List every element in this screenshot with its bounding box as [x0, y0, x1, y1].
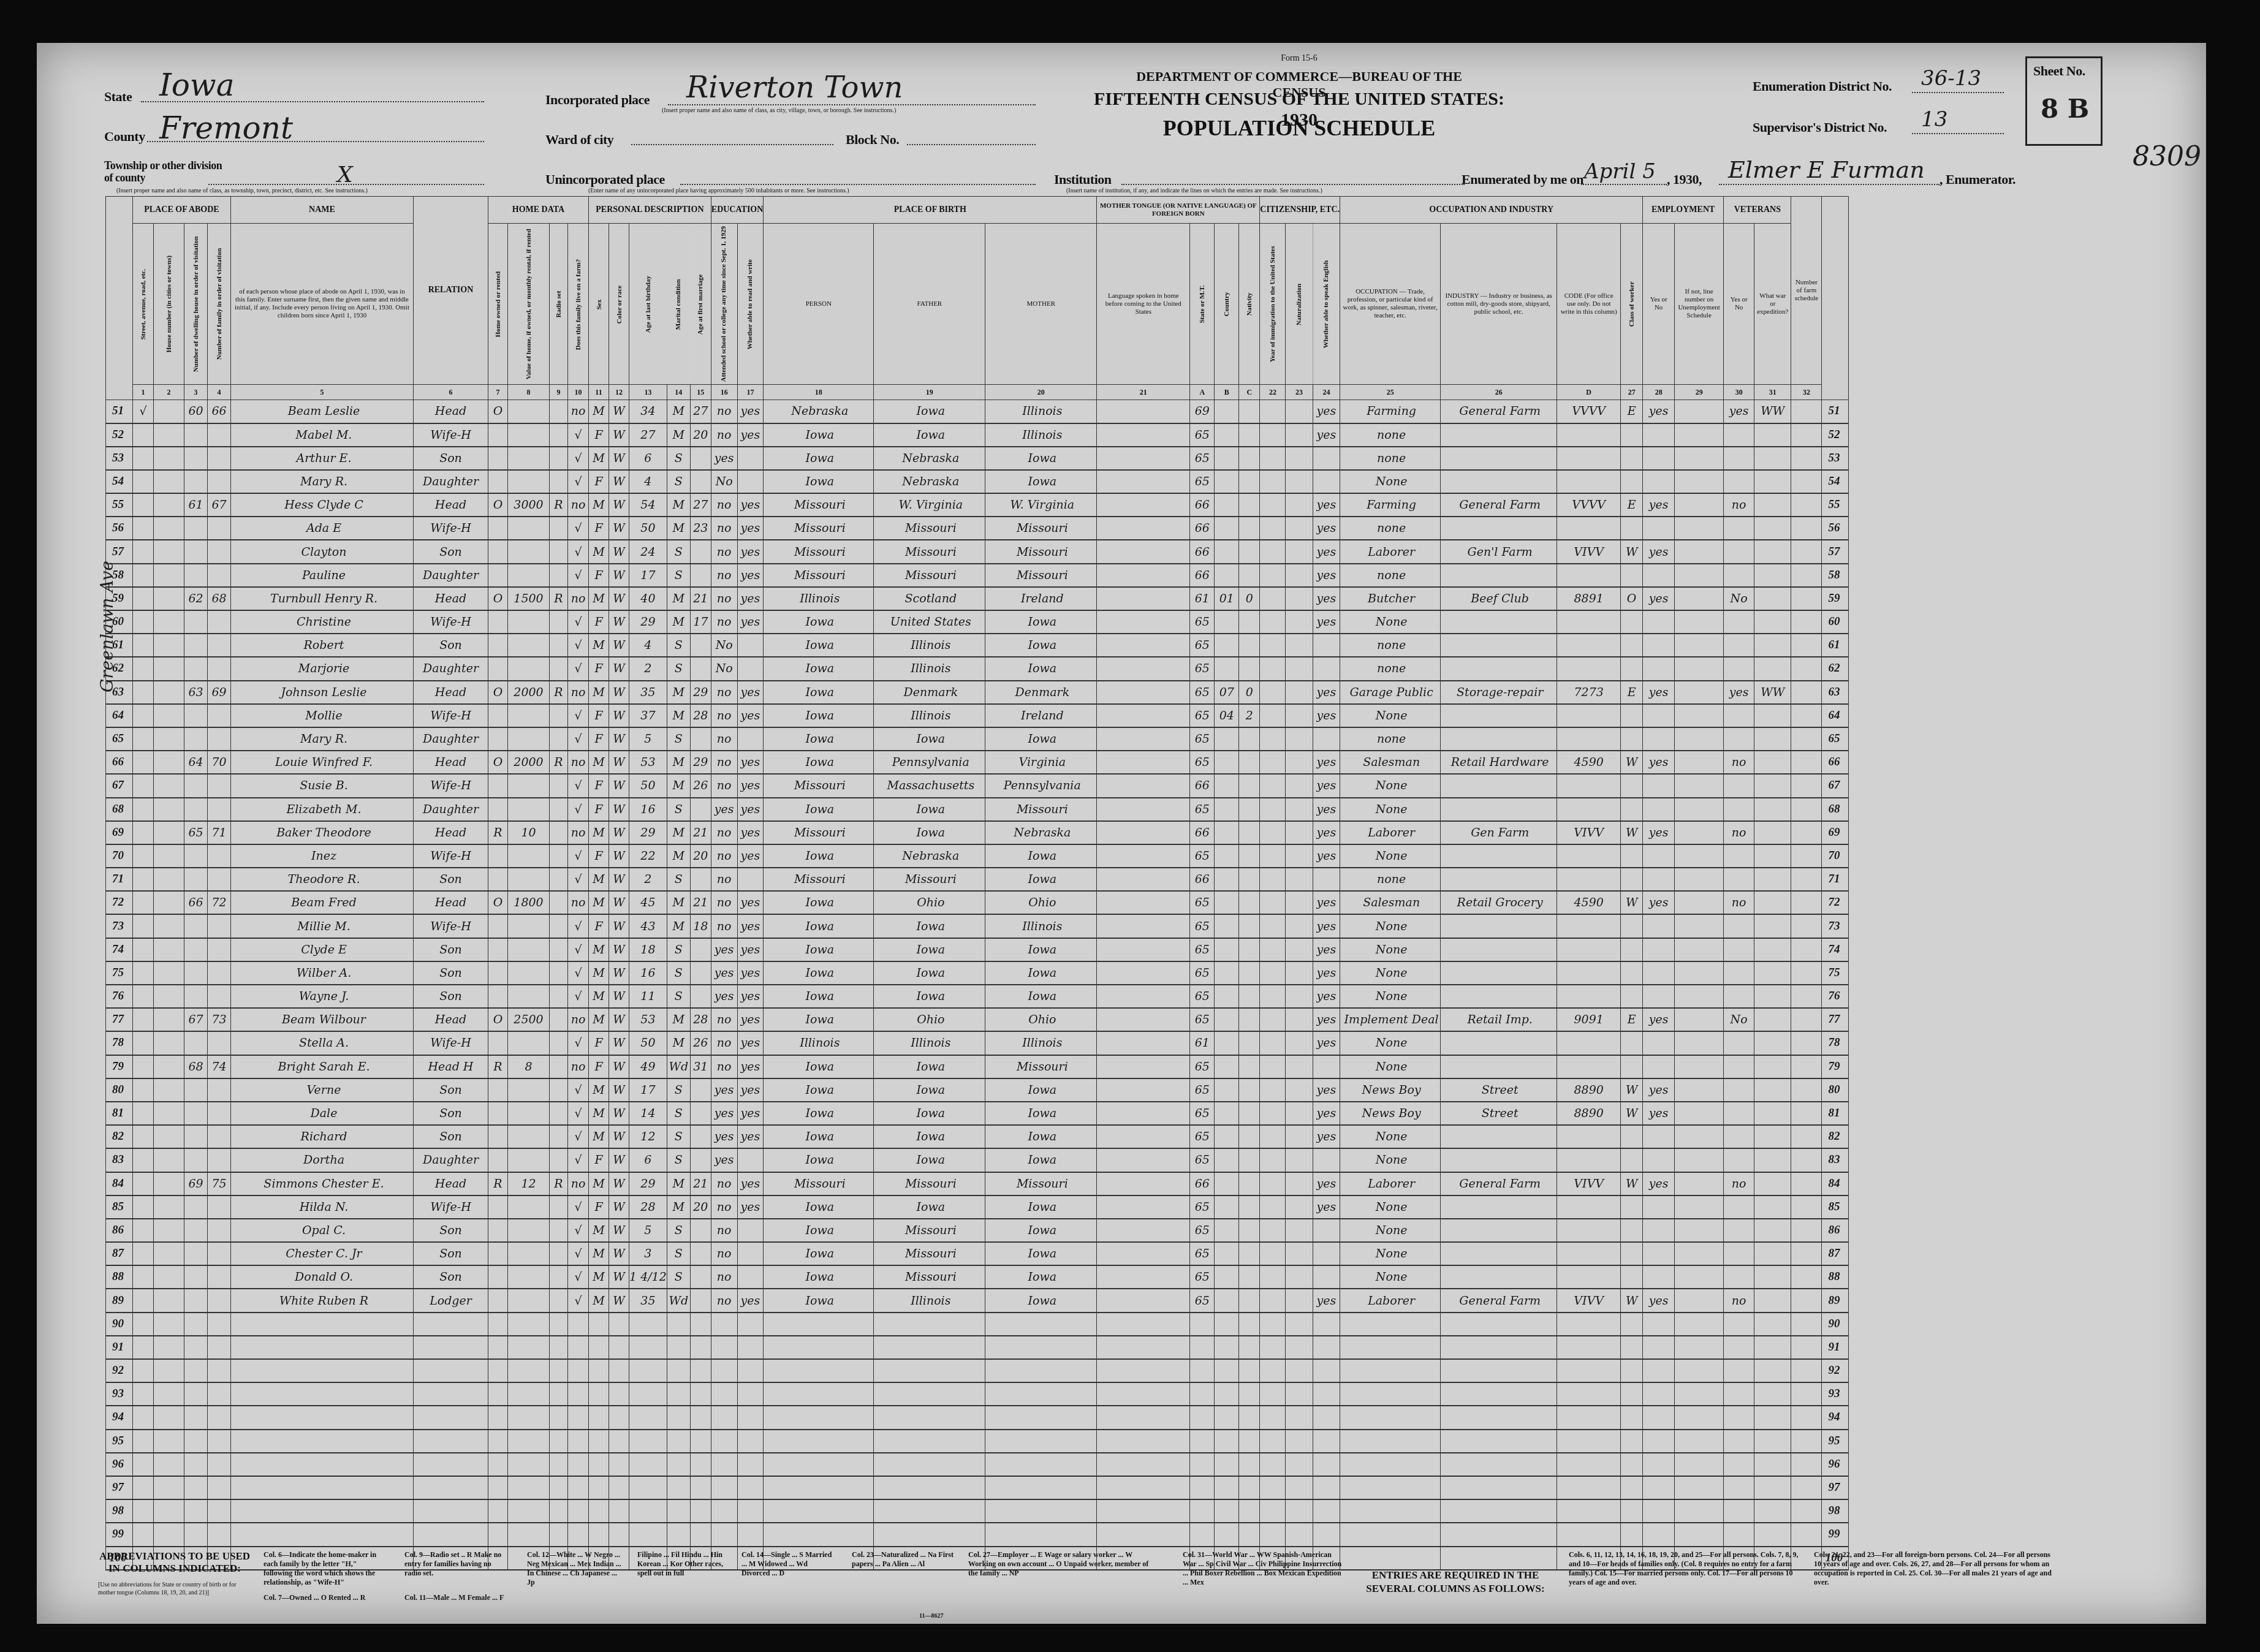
cell-codeC	[1239, 423, 1260, 447]
cell-lang	[1097, 423, 1190, 447]
cell-age-marr: 21	[690, 1172, 711, 1195]
cell-school: yes	[711, 961, 737, 985]
cell-vet	[1724, 540, 1754, 563]
cell-dwelling	[184, 470, 208, 493]
cell-house	[154, 1265, 184, 1289]
cell-relation: Head H	[414, 1055, 488, 1078]
cell-house	[154, 1195, 184, 1219]
cell-vet	[1724, 704, 1754, 727]
cell-read: yes	[737, 914, 764, 938]
cell-age: 43	[629, 914, 667, 938]
cell-relation: Son	[414, 634, 488, 657]
cell-sex: M	[589, 868, 609, 891]
cell-family	[208, 1430, 231, 1453]
colnum: D	[1557, 385, 1621, 400]
cell-street	[133, 821, 154, 844]
cell-vet	[1724, 844, 1754, 868]
cell-father: Ohio	[874, 1008, 985, 1031]
cell-relation: Head	[414, 751, 488, 774]
cell-work	[1643, 423, 1675, 447]
cell-owned	[488, 1148, 508, 1172]
cell-lang	[1097, 774, 1190, 797]
cell-natur	[1286, 1359, 1313, 1382]
cell-natur	[1286, 1102, 1313, 1125]
cell-age	[629, 1382, 667, 1406]
cell-name: Beam Leslie	[231, 400, 414, 423]
cell-street	[133, 540, 154, 563]
group-home: HOME DATA	[488, 197, 589, 224]
cell-dwelling: 68	[184, 1055, 208, 1078]
cell-farmsch	[1791, 1382, 1822, 1406]
cell-farmsch	[1791, 1499, 1822, 1523]
line-number: 98	[106, 1499, 133, 1523]
cell-codeA: 65	[1190, 1265, 1215, 1289]
cell-school: no	[711, 400, 737, 423]
table-row: 796874Bright Sarah E.Head HR8noFW49Wd31n…	[106, 1055, 1849, 1078]
line-number-right: 55	[1822, 493, 1849, 517]
relation-title: RELATION	[414, 286, 488, 295]
cell-farmsch	[1791, 400, 1822, 423]
cell-house	[154, 540, 184, 563]
cell-age: 14	[629, 1102, 667, 1125]
cell-read	[737, 1219, 764, 1242]
cell-school: no	[711, 493, 737, 517]
cell-radio	[550, 610, 568, 634]
line-number: 65	[106, 727, 133, 751]
enum-district-label: Enumeration District No.	[1753, 78, 1892, 94]
table-row: 65Mary R.Daughter√FW5SnoIowaIowaIowa65no…	[106, 727, 1849, 751]
cell-name	[231, 1313, 414, 1336]
cell-marital: M	[667, 587, 690, 610]
cell-immig	[1260, 1195, 1286, 1219]
cell-value	[508, 470, 550, 493]
cell-street	[133, 1406, 154, 1429]
col20-header: MOTHER	[985, 224, 1097, 385]
cell-codeC	[1239, 1102, 1260, 1125]
cell-mother: Iowa	[985, 938, 1097, 961]
cell-owned	[488, 1078, 508, 1102]
cell-codeD	[1557, 610, 1621, 634]
cell-value	[508, 774, 550, 797]
cell-natur	[1286, 1125, 1313, 1148]
cell-codeC	[1239, 1078, 1260, 1102]
cell-unemp	[1675, 1476, 1724, 1499]
cell-english: yes	[1313, 1289, 1340, 1312]
cell-sex: M	[589, 1265, 609, 1289]
cell-lang	[1097, 961, 1190, 985]
cell-farm: no	[568, 1055, 589, 1078]
cell-street	[133, 587, 154, 610]
cell-unemp	[1675, 1289, 1724, 1312]
cell-vet	[1724, 564, 1754, 587]
cell-industry	[1441, 1148, 1557, 1172]
colnum: 21	[1097, 385, 1190, 400]
cell-value	[508, 1242, 550, 1265]
cell-occupation: None	[1340, 1195, 1441, 1219]
cell-codeB	[1215, 1453, 1239, 1476]
cell-english	[1313, 1219, 1340, 1242]
cell-sex	[589, 1336, 609, 1359]
cell-house	[154, 564, 184, 587]
cell-codeC	[1239, 1265, 1260, 1289]
cell-war	[1754, 1476, 1791, 1499]
cell-farm: √	[568, 1102, 589, 1125]
cell-english: yes	[1313, 1102, 1340, 1125]
cell-codeB	[1215, 727, 1239, 751]
cell-marital	[667, 1336, 690, 1359]
cell-english	[1313, 727, 1340, 751]
cell-age-marr	[690, 564, 711, 587]
cell-codeD	[1557, 704, 1621, 727]
cell-father: Nebraska	[874, 470, 985, 493]
cell-owned	[488, 1359, 508, 1382]
table-row: 62MarjorieDaughter√FW2SNoIowaIllinoisIow…	[106, 657, 1849, 680]
cell-sex: M	[589, 681, 609, 704]
cell-codeC	[1239, 961, 1260, 985]
cell-class: W	[1621, 751, 1643, 774]
line-number: 83	[106, 1148, 133, 1172]
cell-immig	[1260, 493, 1286, 517]
cell-relation	[414, 1499, 488, 1523]
cell-industry	[1441, 657, 1557, 680]
cell-english: yes	[1313, 400, 1340, 423]
cell-name: Wilber A.	[231, 961, 414, 985]
cell-owned: O	[488, 493, 508, 517]
enumerated-year: , 1930,	[1667, 172, 1702, 188]
cell-mother: Missouri	[985, 1172, 1097, 1195]
cell-lang	[1097, 400, 1190, 423]
cell-family	[208, 1125, 231, 1148]
cell-farm	[568, 1453, 589, 1476]
cell-radio	[550, 540, 568, 563]
cell-marital: S	[667, 1265, 690, 1289]
cell-mother: Iowa	[985, 961, 1097, 985]
table-row: 88Donald O.Son√MW1 4/12SnoIowaMissouriIo…	[106, 1265, 1849, 1289]
col4-header: Number of family in order of visitation	[208, 224, 231, 385]
cell-age	[629, 1499, 667, 1523]
line-number-right: 82	[1822, 1125, 1849, 1148]
cell-natur	[1286, 844, 1313, 868]
cell-street	[133, 1382, 154, 1406]
cell-lang	[1097, 798, 1190, 821]
cell-vet: no	[1724, 891, 1754, 914]
group-education: EDUCATION	[711, 197, 764, 224]
col32-header: Number of farm schedule	[1791, 197, 1822, 385]
cell-work: yes	[1643, 540, 1675, 563]
line-number-right: 84	[1822, 1172, 1849, 1195]
cell-relation: Son	[414, 868, 488, 891]
cell-english	[1313, 1242, 1340, 1265]
cell-war	[1754, 868, 1791, 891]
cell-war	[1754, 1078, 1791, 1102]
cell-farmsch	[1791, 517, 1822, 540]
cell-house	[154, 517, 184, 540]
cell-name: Mabel M.	[231, 423, 414, 447]
line-number: 78	[106, 1031, 133, 1055]
cell-natur	[1286, 914, 1313, 938]
cell-farmsch	[1791, 938, 1822, 961]
cell-school	[711, 1359, 737, 1382]
cell-family	[208, 1406, 231, 1429]
cell-radio	[550, 447, 568, 470]
cell-natur	[1286, 1382, 1313, 1406]
cell-marital: S	[667, 868, 690, 891]
cell-value	[508, 938, 550, 961]
cell-birth	[764, 1430, 874, 1453]
cell-family	[208, 657, 231, 680]
line-number-right: 92	[1822, 1359, 1849, 1382]
cell-class	[1621, 1499, 1643, 1523]
cell-sex	[589, 1406, 609, 1429]
cell-codeD	[1557, 1476, 1621, 1499]
cell-race	[609, 1313, 629, 1336]
cell-farmsch	[1791, 1336, 1822, 1359]
cell-farmsch	[1791, 423, 1822, 447]
township-label: Township or other division of county	[104, 159, 227, 184]
cell-work	[1643, 1195, 1675, 1219]
cell-farm: √	[568, 1078, 589, 1102]
cell-race: W	[609, 1125, 629, 1148]
cell-relation: Son	[414, 1219, 488, 1242]
cell-relation: Head	[414, 891, 488, 914]
cell-marital: M	[667, 400, 690, 423]
cell-vet	[1724, 1359, 1754, 1382]
line-number-right: 52	[1822, 423, 1849, 447]
cell-farmsch	[1791, 1219, 1822, 1242]
cell-marital: M	[667, 751, 690, 774]
cell-farm: √	[568, 1148, 589, 1172]
colnum: 19	[874, 385, 985, 400]
cell-school	[711, 1336, 737, 1359]
cell-occupation	[1340, 1382, 1441, 1406]
cell-street	[133, 1195, 154, 1219]
line-number: 69	[106, 821, 133, 844]
cell-class	[1621, 1382, 1643, 1406]
ward-label: Ward of city	[545, 132, 613, 148]
colnum: 16	[711, 385, 737, 400]
cell-street	[133, 868, 154, 891]
cell-unemp	[1675, 1219, 1724, 1242]
cell-marital: Wd	[667, 1289, 690, 1312]
cell-dwelling: 60	[184, 400, 208, 423]
cell-race	[609, 1382, 629, 1406]
cell-street	[133, 681, 154, 704]
cell-race: W	[609, 798, 629, 821]
cell-farmsch	[1791, 587, 1822, 610]
cell-occupation: None	[1340, 844, 1441, 868]
cell-birth: Illinois	[764, 1031, 874, 1055]
cell-codeB	[1215, 1382, 1239, 1406]
cell-father: Iowa	[874, 1148, 985, 1172]
cell-farm: √	[568, 798, 589, 821]
table-row: 9696	[106, 1453, 1849, 1476]
cell-age-marr	[690, 657, 711, 680]
colnum: 5	[231, 385, 414, 400]
cell-read: yes	[737, 1195, 764, 1219]
cell-codeA: 65	[1190, 634, 1215, 657]
cell-school: no	[711, 587, 737, 610]
cell-vet	[1724, 634, 1754, 657]
cell-vet	[1724, 517, 1754, 540]
cell-read: yes	[737, 1172, 764, 1195]
cell-codeD	[1557, 1265, 1621, 1289]
cell-birth: Iowa	[764, 657, 874, 680]
cell-name: Inez	[231, 844, 414, 868]
cell-father: Iowa	[874, 1125, 985, 1148]
cell-birth: Missouri	[764, 540, 874, 563]
cell-relation	[414, 1476, 488, 1499]
cell-father: Iowa	[874, 798, 985, 821]
cell-vet	[1724, 798, 1754, 821]
line-number: 86	[106, 1219, 133, 1242]
table-row: 636369Johnson LeslieHeadO2000RnoMW35M29n…	[106, 681, 1849, 704]
cell-dwelling: 64	[184, 751, 208, 774]
cell-mother: Iowa	[985, 1078, 1097, 1102]
cell-vet	[1724, 1336, 1754, 1359]
cell-occupation: none	[1340, 423, 1441, 447]
cell-occupation: Butcher	[1340, 587, 1441, 610]
cell-codeA: 65	[1190, 1125, 1215, 1148]
table-row: 53Arthur E.Son√MW6SyesIowaNebraskaIowa65…	[106, 447, 1849, 470]
cell-father	[874, 1382, 985, 1406]
cell-codeA: 65	[1190, 1219, 1215, 1242]
cell-farmsch	[1791, 727, 1822, 751]
cell-name: Mary R.	[231, 727, 414, 751]
cell-owned	[488, 610, 508, 634]
cell-name: Ada E	[231, 517, 414, 540]
cell-owned	[488, 704, 508, 727]
cell-dwelling	[184, 540, 208, 563]
cell-mother: Missouri	[985, 517, 1097, 540]
cell-father: Iowa	[874, 727, 985, 751]
cell-birth: Iowa	[764, 704, 874, 727]
cell-industry	[1441, 517, 1557, 540]
cell-house	[154, 985, 184, 1008]
cell-occupation: none	[1340, 447, 1441, 470]
cell-work	[1643, 844, 1675, 868]
line-number-right: 98	[1822, 1499, 1849, 1523]
cell-age-marr	[690, 798, 711, 821]
cell-industry: General Farm	[1441, 1289, 1557, 1312]
cell-codeC	[1239, 751, 1260, 774]
cell-codeC	[1239, 985, 1260, 1008]
cell-owned	[488, 470, 508, 493]
cell-work	[1643, 727, 1675, 751]
cell-codeD: 7273	[1557, 681, 1621, 704]
cell-lang	[1097, 634, 1190, 657]
colnum: 9	[550, 385, 568, 400]
cell-school: no	[711, 1242, 737, 1265]
cell-english	[1313, 1499, 1340, 1523]
cell-immig	[1260, 1430, 1286, 1453]
cell-sex: F	[589, 914, 609, 938]
cell-english: yes	[1313, 821, 1340, 844]
colnum: 6	[414, 385, 488, 400]
table-row: 70InezWife-H√FW22M20noyesIowaNebraskaIow…	[106, 844, 1849, 868]
cell-father: Pennsylvania	[874, 751, 985, 774]
table-row: 67Susie B.Wife-H√FW50M26noyesMissouriMas…	[106, 774, 1849, 797]
col7-header: Home owned or rented	[488, 224, 508, 385]
cell-family: 72	[208, 891, 231, 914]
col23-header: Naturalization	[1286, 224, 1313, 385]
cell-codeA	[1190, 1499, 1215, 1523]
cell-work	[1643, 447, 1675, 470]
line-number: 67	[106, 774, 133, 797]
cell-father: Missouri	[874, 1242, 985, 1265]
cell-street	[133, 751, 154, 774]
cell-war	[1754, 493, 1791, 517]
cell-industry	[1441, 844, 1557, 868]
cell-codeC	[1239, 1125, 1260, 1148]
cell-codeC	[1239, 447, 1260, 470]
cell-father: Illinois	[874, 1031, 985, 1055]
cell-name: Mary R.	[231, 470, 414, 493]
cell-occupation: None	[1340, 1265, 1441, 1289]
cell-english: yes	[1313, 798, 1340, 821]
cell-codeD: VIVV	[1557, 540, 1621, 563]
cell-race: W	[609, 657, 629, 680]
col26-header: INDUSTRY — Industry or business, as cott…	[1441, 224, 1557, 385]
cell-family	[208, 774, 231, 797]
colnum: 11	[589, 385, 609, 400]
cell-street	[133, 985, 154, 1008]
cell-name	[231, 1406, 414, 1429]
cell-owned	[488, 657, 508, 680]
cell-sex: M	[589, 1172, 609, 1195]
cell-read: yes	[737, 681, 764, 704]
cell-age-marr: 31	[690, 1055, 711, 1078]
cell-age-marr	[690, 1406, 711, 1429]
cell-age: 2	[629, 657, 667, 680]
cell-radio	[550, 1102, 568, 1125]
cell-school: no	[711, 727, 737, 751]
cell-immig	[1260, 1336, 1286, 1359]
cell-codeA: 65	[1190, 961, 1215, 985]
cell-value	[508, 1219, 550, 1242]
cell-english: yes	[1313, 914, 1340, 938]
cell-immig	[1260, 447, 1286, 470]
cell-value	[508, 727, 550, 751]
cell-school: no	[711, 1172, 737, 1195]
cell-natur	[1286, 634, 1313, 657]
cell-marital: S	[667, 447, 690, 470]
cell-codeB	[1215, 798, 1239, 821]
cell-english: yes	[1313, 704, 1340, 727]
cell-farm: no	[568, 891, 589, 914]
table-row: 58PaulineDaughter√FW17SnoyesMissouriMiss…	[106, 564, 1849, 587]
cell-marital: M	[667, 844, 690, 868]
cell-english	[1313, 1453, 1340, 1476]
cell-age: 17	[629, 1078, 667, 1102]
line-number-header	[106, 197, 133, 400]
cell-farmsch	[1791, 470, 1822, 493]
cell-lang	[1097, 470, 1190, 493]
cell-codeB	[1215, 657, 1239, 680]
cell-radio	[550, 1242, 568, 1265]
cell-marital: S	[667, 938, 690, 961]
cell-industry: General Farm	[1441, 1172, 1557, 1195]
cell-race	[609, 1336, 629, 1359]
line-number: 75	[106, 961, 133, 985]
cell-codeD	[1557, 564, 1621, 587]
cell-immig	[1260, 423, 1286, 447]
col30-header: Yes or No	[1724, 224, 1754, 385]
cell-war	[1754, 540, 1791, 563]
cell-codeD	[1557, 447, 1621, 470]
cell-age-marr	[690, 1148, 711, 1172]
cell-war	[1754, 1125, 1791, 1148]
cell-immig	[1260, 1172, 1286, 1195]
